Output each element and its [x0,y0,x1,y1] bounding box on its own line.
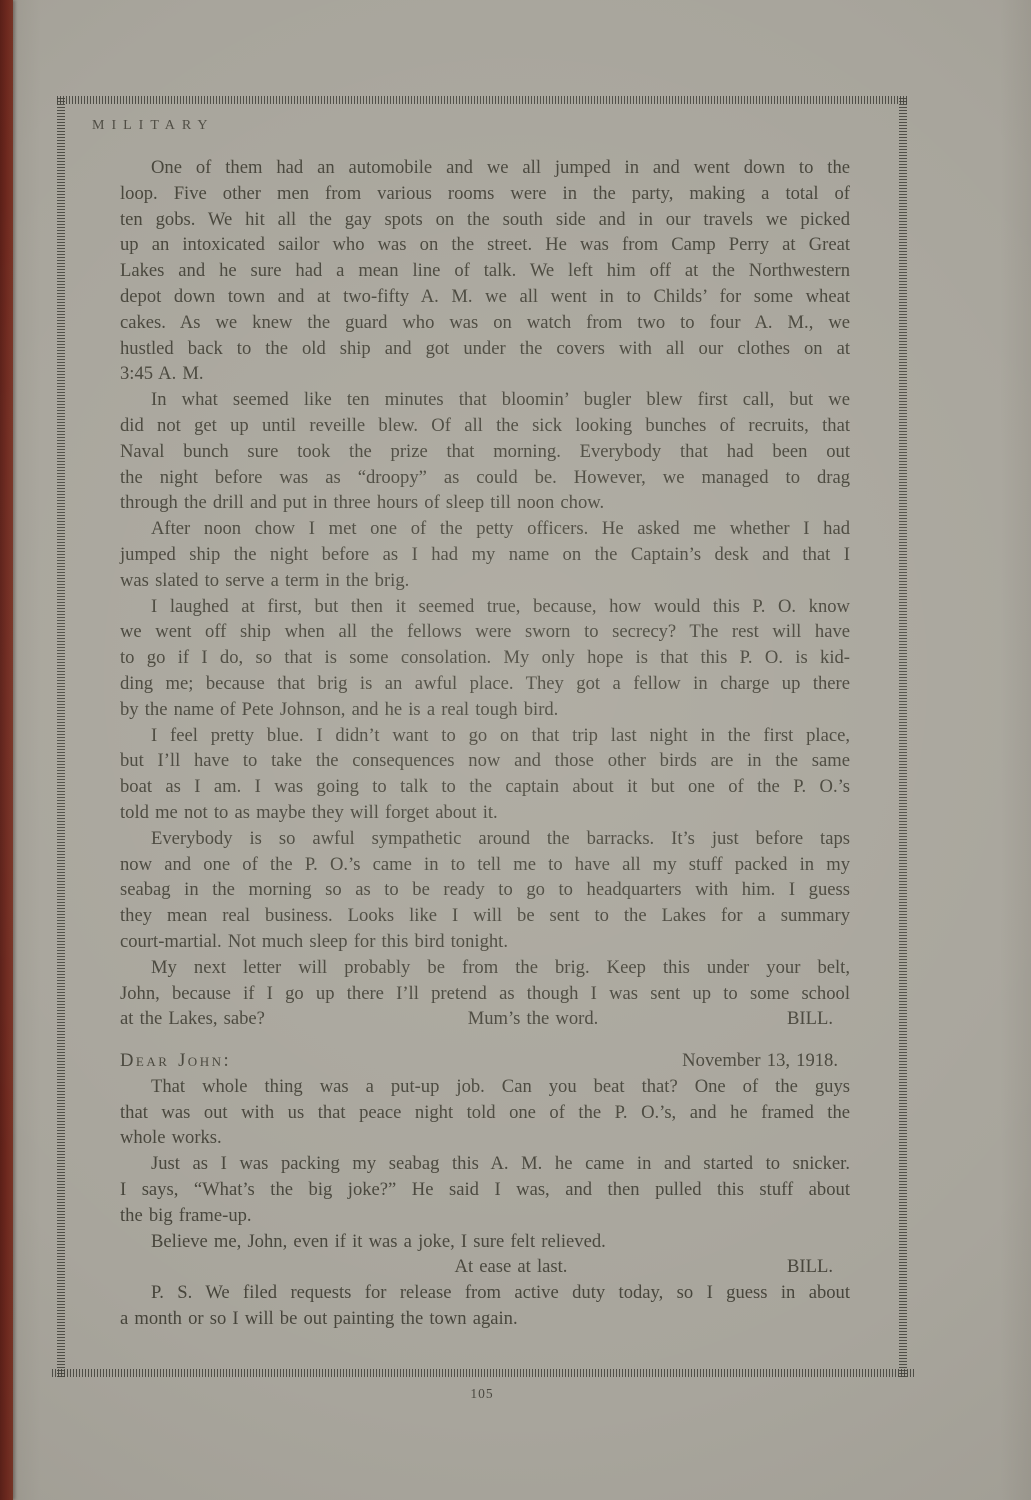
signature: BILL. [787,1254,833,1280]
text-line: a month or so I will be out painting the… [120,1306,850,1332]
text-line: to go if I do, so that is some consolati… [120,645,850,671]
text-line: Lakes and he sure had a mean line of tal… [120,258,850,284]
text-line: Believe me, John, even if it was a joke,… [120,1229,850,1255]
text-line: hustled back to the old ship and got und… [120,336,850,362]
frame-border-top [57,96,907,104]
section-header: MILITARY [92,118,215,134]
text-line: the big frame-up. [120,1203,850,1229]
text-line: Just as I was packing my seabag this A. … [120,1151,850,1177]
text-line: we went off ship when all the fellows we… [120,619,850,645]
text-line: boat as I am. I was going to talk to the… [120,774,850,800]
frame-border-left [57,96,65,1377]
letter1-signoff-row: at the Lakes, sabe? Mum’s the word. BILL… [120,1006,850,1032]
text-line: the night before was as “droopy” as coul… [120,465,850,491]
paragraph: I feel pretty blue. I didn’t want to go … [120,723,850,826]
text-line: was slated to serve a term in the brig. [120,568,850,594]
text-line: ding me; because that brig is an awful p… [120,671,850,697]
text-line: I says, “What’s the big joke?” He said I… [120,1177,850,1203]
paragraph: Everybody is so awful sympathetic around… [120,826,850,955]
text-line: I laughed at first, but then it seemed t… [120,594,850,620]
text-line: depot down town and at two-fifty A. M. w… [120,284,850,310]
postscript-paragraph: P. S. We filed requests for release from… [120,1280,850,1332]
text-line: up an intoxicated sailor who was on the … [120,232,850,258]
text-line: did not get up until reveille blew. Of a… [120,413,850,439]
text-line: John, because if I go up there I’ll pret… [120,981,850,1007]
text-line: My next letter will probably be from the… [120,955,850,981]
letter2-salutation-row: Dear John: November 13, 1918. [120,1048,850,1074]
text-line: told me not to as maybe they will forget… [120,800,850,826]
signature: BILL. [787,1006,833,1032]
signoff-center-text: At ease at last. [146,1254,876,1280]
text-line: now and one of the P. O.’s came in to te… [120,852,850,878]
text-line: loop. Five other men from various rooms … [120,181,850,207]
book-spine-edge [0,0,13,1500]
text-line: whole works. [120,1125,850,1151]
text-line: After noon chow I met one of the petty o… [120,516,850,542]
frame-border-right [899,96,907,1377]
paragraph: My next letter will probably be from the… [120,955,850,1007]
text-line: they mean real business. Looks like I wi… [120,903,850,929]
salutation: Dear John: [120,1048,231,1074]
text-line: court-martial. Not much sleep for this b… [120,929,850,955]
text-line: 3:45 A. M. [120,361,850,387]
letter2-signoff-row: At ease at last. BILL. [120,1254,850,1280]
paragraph: I laughed at first, but then it seemed t… [120,594,850,723]
text-line: through the drill and put in three hours… [120,490,850,516]
paragraph: In what seemed like ten minutes that blo… [120,387,850,516]
text-line: In what seemed like ten minutes that blo… [120,387,850,413]
text-line: by the name of Pete Johnson, and he is a… [120,697,850,723]
letter-date: November 13, 1918. [682,1048,850,1074]
text-line: cakes. As we knew the guard who was on w… [120,310,850,336]
text-line: That whole thing was a put-up job. Can y… [120,1074,850,1100]
page-number: 105 [57,1386,907,1402]
text-line: Everybody is so awful sympathetic around… [120,826,850,852]
paragraph: Believe me, John, even if it was a joke,… [120,1229,850,1255]
book-page-scan: MILITARY One of them had an automobile a… [0,0,1031,1500]
text-line: seabag in the morning so as to be ready … [120,877,850,903]
text-line: I feel pretty blue. I didn’t want to go … [120,723,850,749]
text-line: Naval bunch sure took the prize that mor… [120,439,850,465]
text-line: jumped ship the night before as I had my… [120,542,850,568]
text-line: ten gobs. We hit all the gay spots on th… [120,207,850,233]
paragraph: After noon chow I met one of the petty o… [120,516,850,593]
paragraph: One of them had an automobile and we all… [120,155,850,387]
paragraph: That whole thing was a put-up job. Can y… [120,1074,850,1151]
frame-border-bottom [52,1369,914,1377]
text-line: One of them had an automobile and we all… [120,155,850,181]
text-line: that was out with us that peace night to… [120,1100,850,1126]
letters-text-block: One of them had an automobile and we all… [120,155,850,1332]
text-line: but I’ll have to take the consequences n… [120,748,850,774]
text-line: P. S. We filed requests for release from… [120,1280,850,1306]
paragraph: Just as I was packing my seabag this A. … [120,1151,850,1228]
